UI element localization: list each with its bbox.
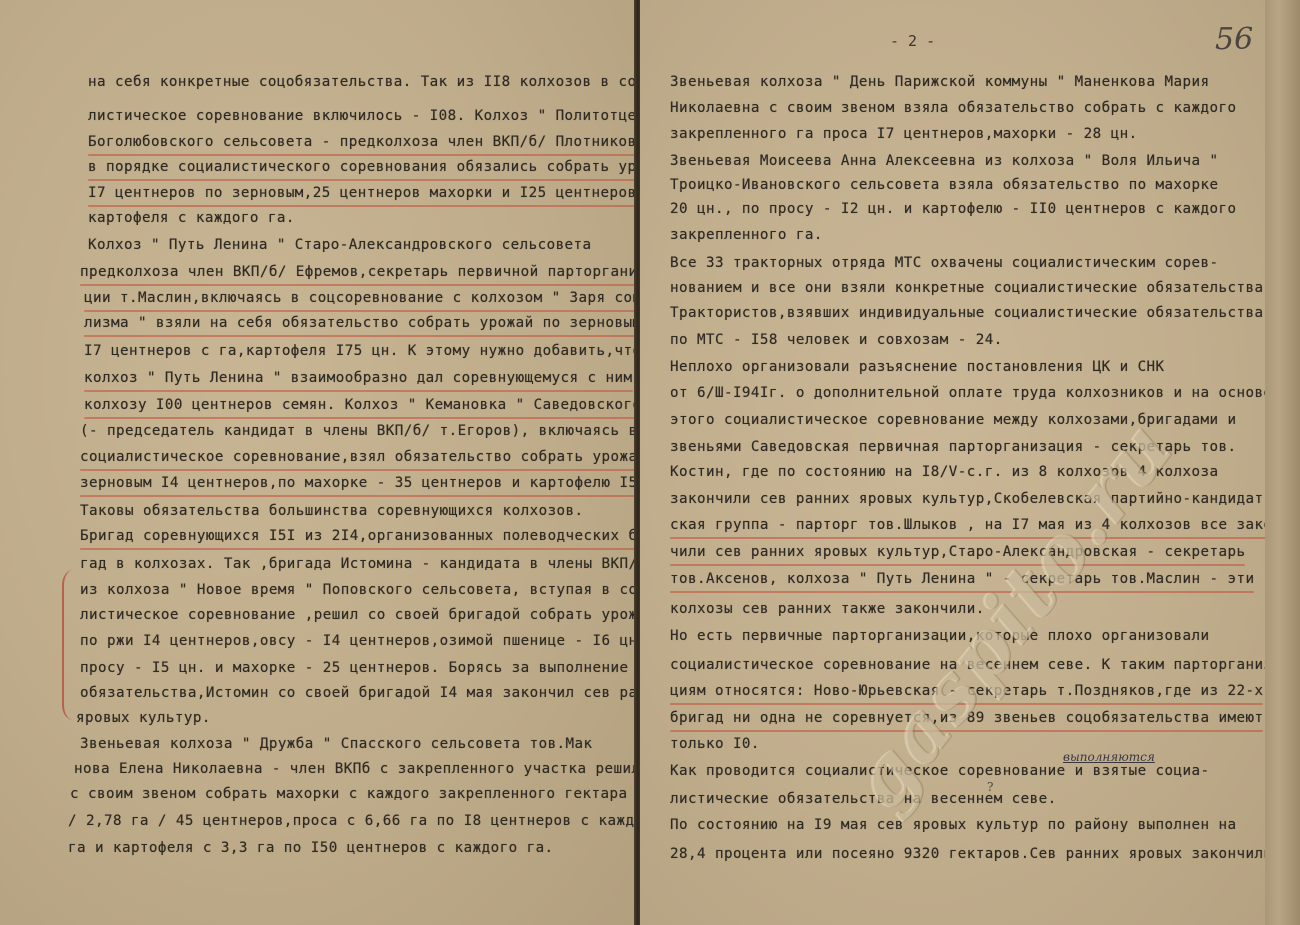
page-edge — [1265, 0, 1300, 925]
text-line: от 6/Ш-I94Iг. о дополнительной оплате тр… — [670, 384, 1265, 402]
text-line: зерновым I4 центнеров,по махорке - 35 це… — [80, 474, 636, 492]
text-line: с своим звеном собрать махорки с каждого… — [70, 785, 627, 803]
sheet-number: 56 — [1215, 22, 1253, 57]
text-line: Неплохо организовали разъяснение постано… — [670, 358, 1165, 376]
text-line: только I0. — [670, 735, 760, 753]
text-line: / 2,78 га / 45 центнеров,проса с 6,66 га… — [68, 812, 636, 830]
left-page: на себя конкретные соцобязательства. Так… — [0, 0, 636, 925]
text-line: Троицко-Ивановского сельсовета взяла обя… — [670, 176, 1219, 194]
text-line: Трактористов,взявших индивидуальные соци… — [670, 304, 1265, 322]
text-line: в порядке социалистического соревнования… — [88, 158, 636, 176]
text-line: ская группа - парторг тов.Шлыков , на I7… — [670, 516, 1265, 534]
text-line: I7 центнеров с га,картофеля I75 цн. К эт… — [84, 342, 636, 360]
text-line: Николаевна с своим звеном взяла обязател… — [670, 99, 1236, 117]
text-line: (- председатель кандидат в члены ВКП/б/ … — [80, 422, 636, 440]
text-line: нованием и все они взяли конкретные соци… — [670, 279, 1265, 297]
text-line: листическое соревнование ,решил со своей… — [80, 606, 636, 624]
text-line: га и картофеля с 3,3 га по I50 центнеров… — [68, 839, 554, 857]
page-number: - 2 - — [890, 32, 935, 50]
text-line: тов.Аксенов, колхоза " Путь Ленина " - с… — [670, 570, 1254, 588]
text-line: колхоз " Путь Ленина " взаимообразно дал… — [84, 369, 633, 387]
text-line: ции т.Маслин,включаясь в соцсоревнование… — [84, 289, 636, 307]
text-line: гад в колхозах. Так ,бригада Истомина - … — [80, 555, 636, 573]
text-line: Звеньевая колхоза " Дружба " Спасского с… — [80, 735, 593, 753]
text-line: картофеля с каждого га. — [88, 209, 295, 227]
text-line: Боголюбовского сельсовета - предколхоза … — [88, 133, 636, 151]
text-line: на себя конкретные соцобязательства. Так… — [88, 73, 636, 91]
text-line: колхозу I00 центнеров семян. Колхоз " Ке… — [84, 396, 636, 414]
text-line: этого социалистическое соревнование межд… — [670, 411, 1236, 429]
text-line: закрепленного га проса I7 центнеров,махо… — [670, 125, 1138, 143]
text-line: Звеньевая колхоза " День Парижской комму… — [670, 73, 1210, 91]
red-pencil-bracket — [62, 570, 84, 720]
text-line: колхозы сев ранних также закончили. — [670, 600, 985, 618]
text-line: лизма " взяли на себя обязательство собр… — [84, 314, 636, 332]
text-line: чили сев ранних яровых культур,Старо-Але… — [670, 543, 1245, 561]
question-mark-annotation: ? — [987, 780, 993, 794]
text-line: Звеньевая Моисеева Анна Алексеевна из ко… — [670, 152, 1219, 170]
text-line: по МТС - I58 человек и совхозам - 24. — [670, 331, 1003, 349]
text-line: I7 центнеров по зерновым,25 центнеров ма… — [88, 184, 636, 202]
text-line: предколхоза член ВКП/б/ Ефремов,секретар… — [80, 263, 636, 281]
text-line: 20 цн., по просу - I2 цн. и картофелю - … — [670, 200, 1236, 218]
text-line: по ржи I4 центнеров,овсу - I4 центнеров,… — [80, 632, 636, 650]
text-line: нова Елена Николаевна - член ВКПб с закр… — [74, 760, 636, 778]
text-line: Таковы обязательства большинства соревну… — [80, 502, 584, 520]
text-line: 28,4 процента или посеяно 9320 гектаров.… — [670, 845, 1265, 863]
text-line: Все 33 тракторных отряда МТС охвачены со… — [670, 254, 1219, 272]
text-line: яровых культур. — [76, 709, 211, 727]
text-line: социалистическое соревнование,взял обяза… — [80, 448, 636, 466]
text-line: закончили сев ранних яровых культур,Скоб… — [670, 490, 1265, 508]
text-line: Бригад соревнующихся I5I из 2I4,организо… — [80, 527, 636, 545]
document-spread: на себя конкретные соцобязательства. Так… — [0, 0, 1300, 925]
text-line: листическое соревнование включилось - I0… — [88, 107, 636, 125]
text-line: Колхоз " Путь Ленина " Старо-Александров… — [88, 236, 592, 254]
text-line: обязательства,Истомин со своей бригадой … — [80, 684, 636, 702]
text-line: закрепленного га. — [670, 226, 823, 244]
text-line: из колхоза " Новое время " Поповского се… — [80, 581, 636, 599]
handwritten-annotation: выполняются — [1063, 750, 1155, 764]
text-line: просу - I5 цн. и махорке - 25 центнеров.… — [80, 659, 636, 677]
text-line: По состоянию на I9 мая сев яровых культу… — [670, 816, 1236, 834]
